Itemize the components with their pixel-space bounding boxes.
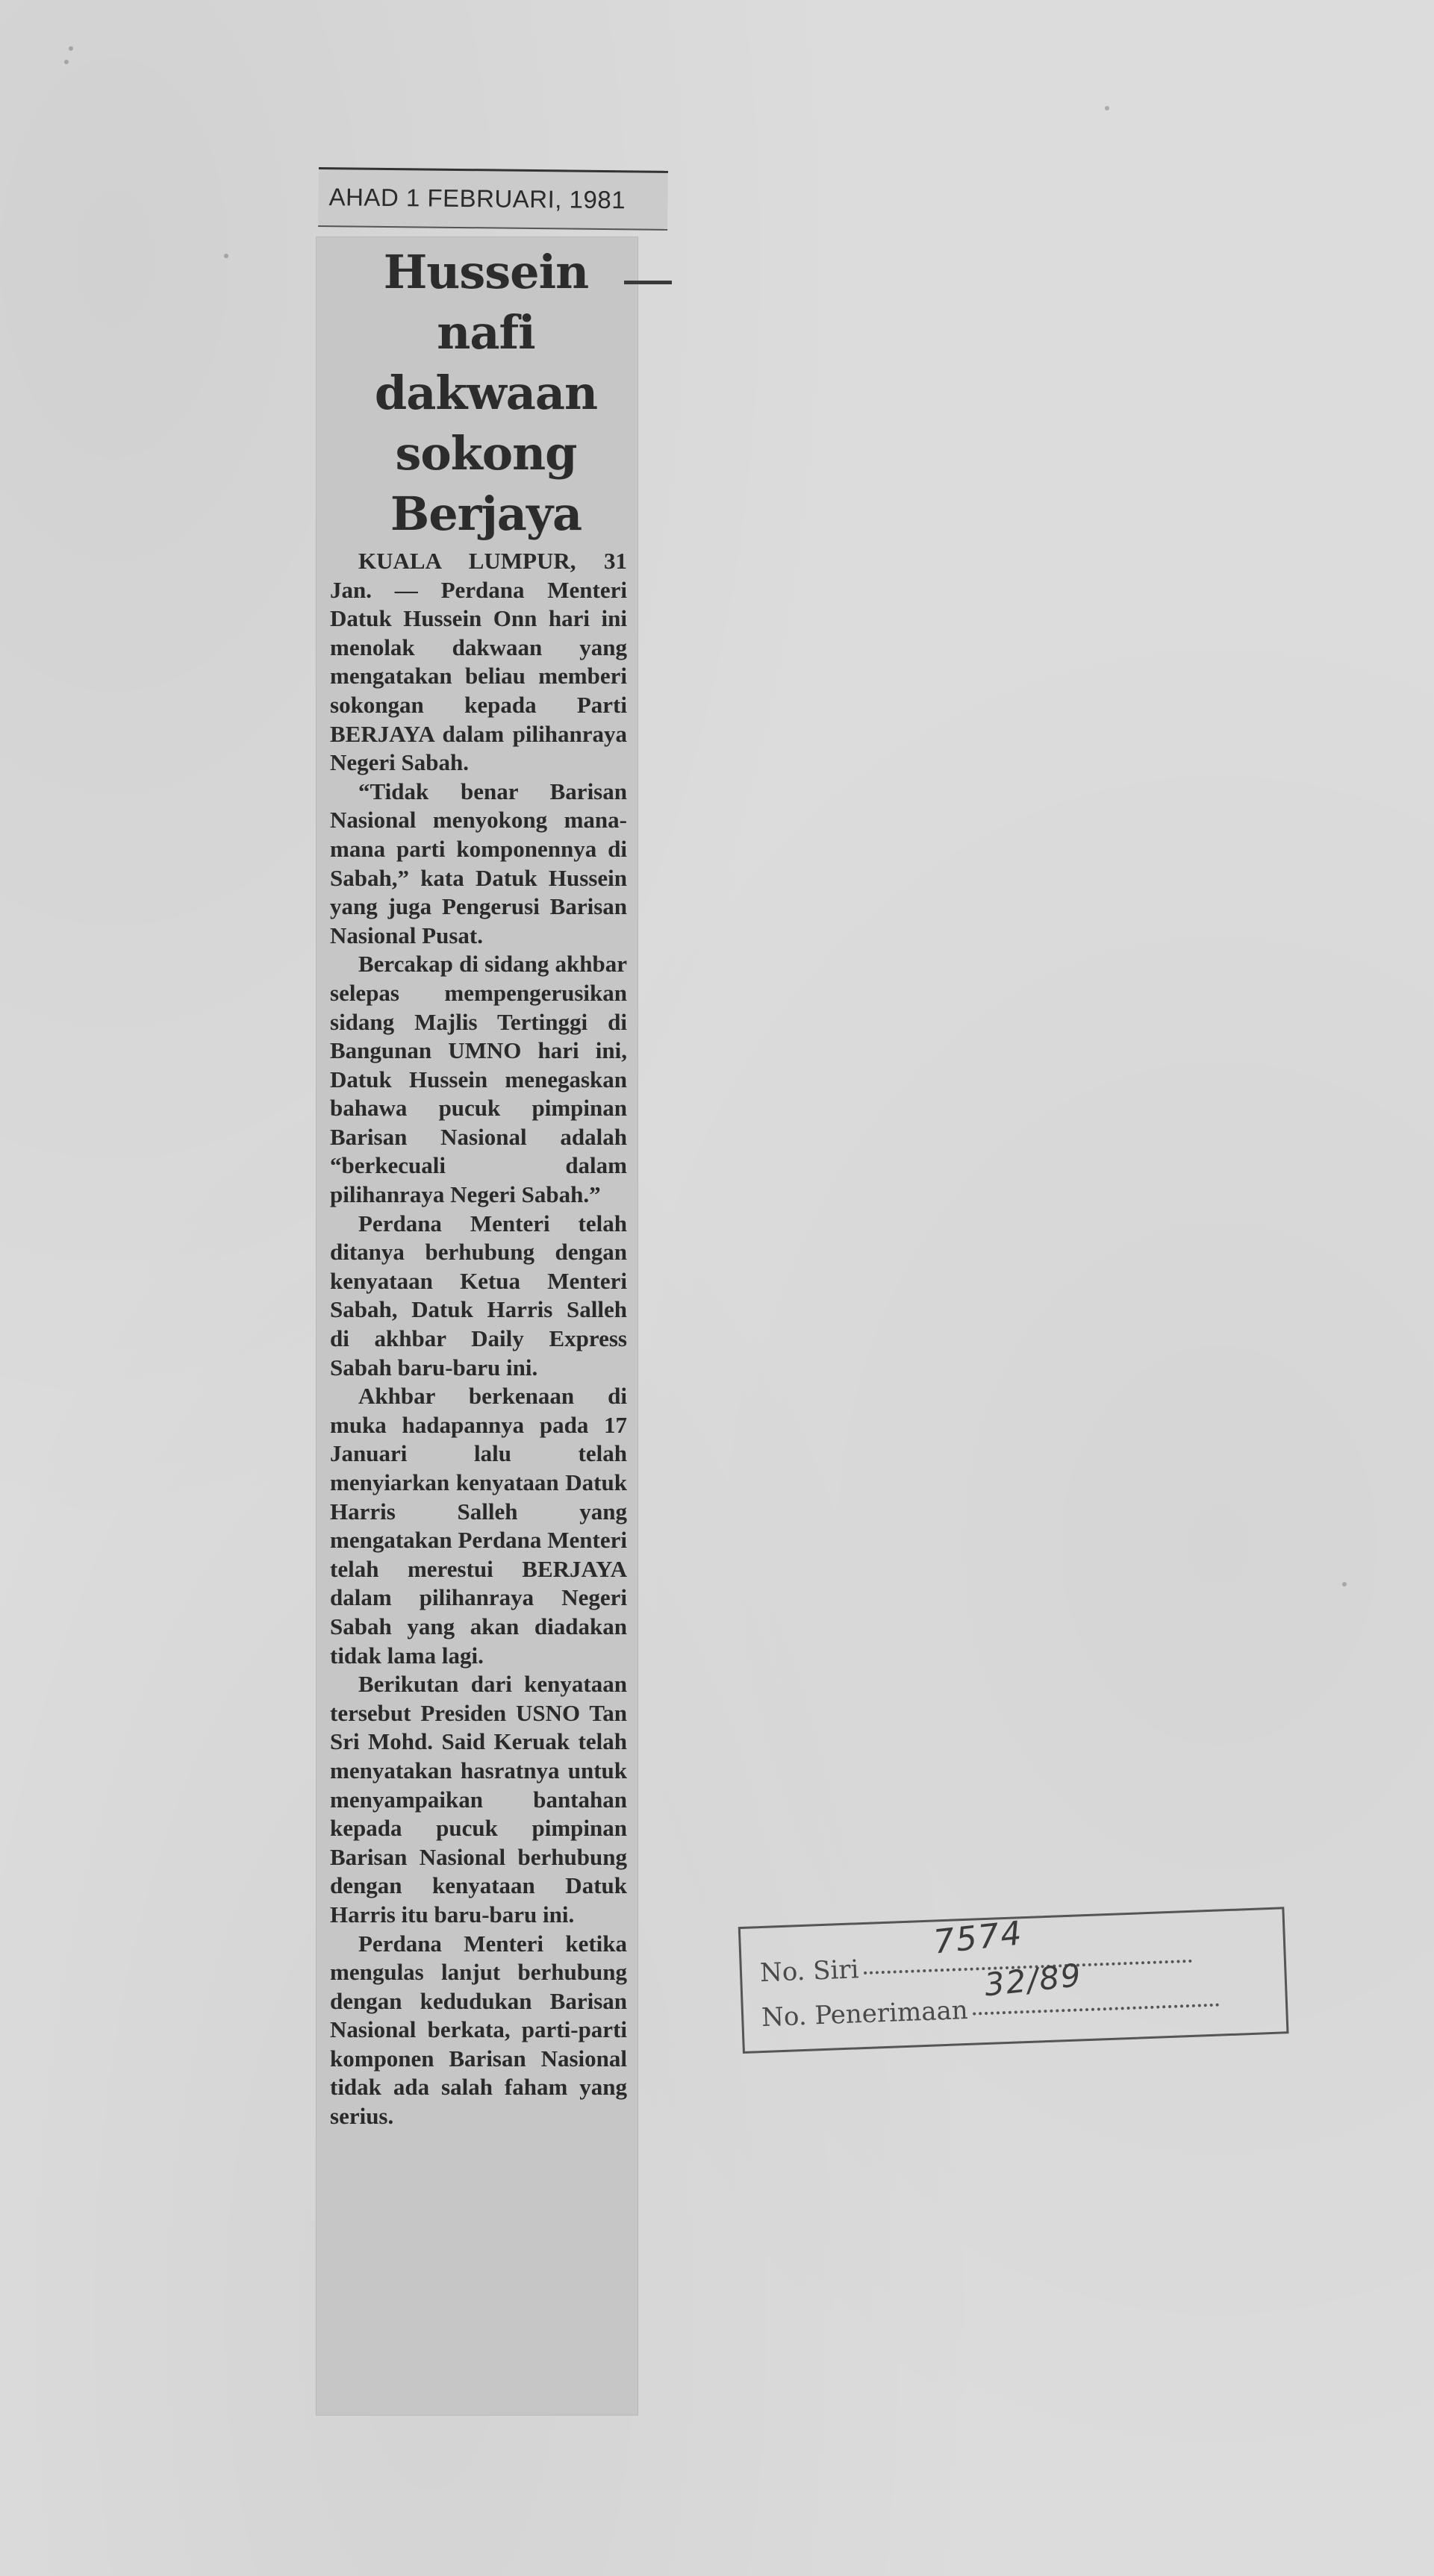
headline-line: nafi (345, 302, 627, 363)
paper-speck (64, 60, 69, 64)
article-paragraph: Perdana Menteri ketika mengulas lanjut b… (330, 1930, 627, 2131)
article-headline: Hussein nafi dakwaan sokong Berjaya (330, 242, 627, 544)
paper-speck (1342, 1582, 1347, 1586)
dotted-line (973, 2004, 1219, 2016)
article-paragraph: Perdana Menteri telah ditanya berhubung … (330, 1210, 627, 1383)
headline-line: Hussein (345, 242, 627, 302)
rule-mark (624, 281, 672, 284)
paper-speck (69, 46, 73, 51)
article-paragraph: “Tidak benar Barisan Nasional menyokong … (330, 778, 627, 951)
paper-speck (224, 254, 228, 258)
archive-registration-stamp: No. Siri 7574 No. Penerimaan 32/89 (738, 1907, 1289, 2054)
headline-line: dakwaan (345, 363, 627, 423)
article-body: KUALA LUMPUR, 31 Jan. — Perdana Menteri … (330, 547, 627, 2131)
masthead-date-strip: AHAD 1 FEBRUARI, 1981 (318, 167, 668, 231)
paper-speck (1105, 106, 1109, 110)
article-paragraph: Akhbar berkenaan di muka hadapannya pada… (330, 1382, 627, 1670)
headline-line: sokong (345, 423, 627, 484)
publication-date: AHAD 1 FEBRUARI, 1981 (328, 183, 626, 214)
article-paragraph: Berikutan dari kenyataan tersebut Presid… (330, 1670, 627, 1929)
penerimaan-label: No. Penerimaan (761, 1995, 969, 2033)
headline-line: Berjaya (345, 484, 627, 544)
article-paragraph: KUALA LUMPUR, 31 Jan. — Perdana Menteri … (330, 547, 627, 778)
siri-label: No. Siri (759, 1954, 859, 1988)
newspaper-article-clipping: Hussein nafi dakwaan sokong Berjaya KUAL… (317, 237, 637, 2415)
article-paragraph: Bercakap di sidang akhbar selepas mempen… (330, 950, 627, 1209)
